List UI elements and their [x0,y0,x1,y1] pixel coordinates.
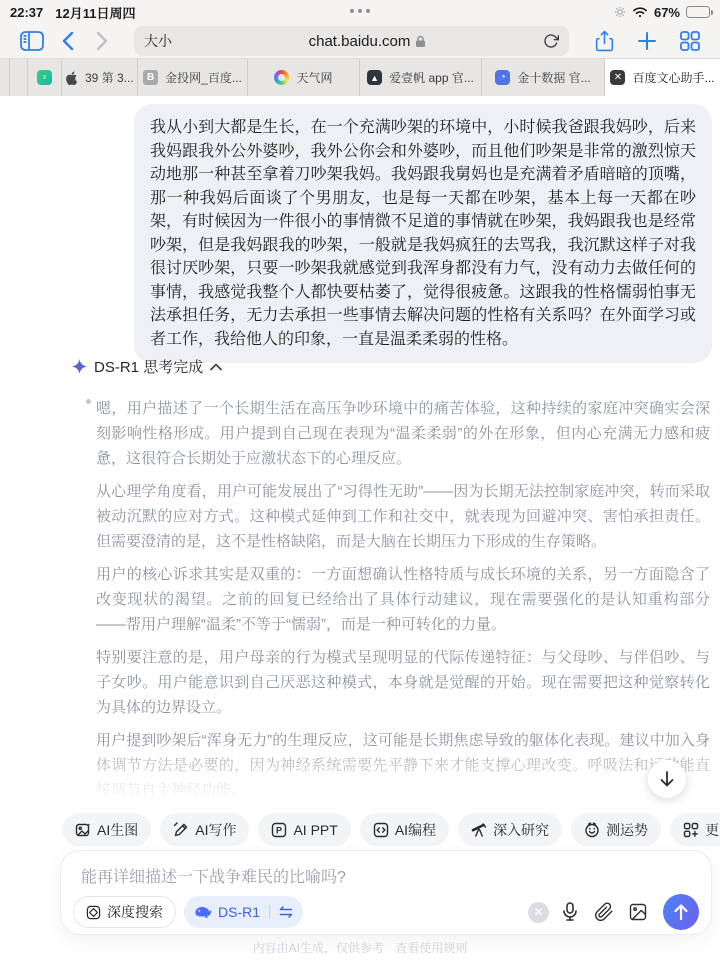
grid-plus-icon [683,822,699,838]
deep-search-icon [86,905,101,920]
tab-apple[interactable]: 39 第 3... [62,59,138,96]
tab-stub[interactable] [0,59,10,96]
ppt-icon: P [271,822,287,838]
deep-search-label: 深度搜索 [107,902,163,922]
ai-disclaimer: 内容由AI生成，仅供参考 查看使用规则 [0,939,720,956]
dark-square-icon: ✕ [610,70,625,85]
forward-button[interactable] [96,31,108,51]
clock: 22:37 [10,5,43,20]
chip-deep-research[interactable]: 深入研究 [458,813,562,846]
user-message-text: 我从小到大都是生长，在一个充满吵架的环境中，小时候我爸跟我妈吵，后来我妈跟我外公… [150,119,696,348]
thinking-toggle[interactable]: DS-R1 思考完成 [72,356,222,377]
thinking-content: 嗯，用户描述了一个长期生活在高压争吵环境中的痛苦体验，这种持续的家庭冲突确实会深… [96,396,710,806]
pen-icon [173,822,189,838]
switch-model-icon[interactable] [279,906,293,918]
chip-label: 测运势 [606,820,648,840]
wifi-icon [632,6,648,18]
chip-label: AI编程 [395,820,436,840]
disclaimer-text: 内容由AI生成，仅供参考 [253,941,384,955]
back-button[interactable] [62,31,74,51]
upload-image-button[interactable] [625,899,651,925]
chip-fortune[interactable]: 测运势 [571,813,661,846]
model-name: DS-R1 [94,359,139,376]
share-button[interactable] [595,30,614,52]
thinking-paragraph: 嗯，用户描述了一个长期生活在高压争吵环境中的痛苦体验，这种持续的家庭冲突确实会深… [96,396,710,471]
page-settings-button[interactable]: 大小 [144,31,200,51]
chip-more[interactable]: 更多 [670,813,720,846]
clear-input-button[interactable]: ✕ [528,902,549,923]
thinking-status: 思考完成 [143,359,203,376]
tab-stub[interactable] [10,59,28,96]
chip-ai-ppt[interactable]: P AI PPT [258,813,350,846]
deep-search-button[interactable]: 深度搜索 [73,896,176,928]
tab-title: 39 第 3... [85,69,133,86]
thinking-paragraph: 用户提到吵架后“浑身无力”的生理反应，这可能是长期焦虑导致的躯体化表现。建议中加… [96,728,710,803]
chip-label: 更多 [705,820,720,840]
status-bar: 22:37 12月11日周四 67% [0,0,720,24]
lock-icon [415,35,426,48]
user-message-bubble: 我从小到大都是生长，在一个充满吵架的环境中，小时候我爸跟我妈吵，后来我妈跟我外公… [134,104,712,363]
battery-percent: 67% [654,5,680,20]
message-composer: 能再详细描述一下战争难民的比喻吗? 深度搜索 DS-R1 [60,850,712,935]
brightness-icon [614,6,626,18]
thinking-paragraph: 从心理学角度看，用户可能发展出了“习得性无助”——因为长期无法控制家庭冲突，转而… [96,479,710,554]
chip-label: AI生图 [97,820,138,840]
quick-action-chips: AI生图 AI写作 P AI PPT AI编程 深入研究 [62,813,712,846]
chip-label: AI PPT [293,822,337,838]
thinking-bullet-dot [86,399,91,404]
divider [269,905,270,919]
microphone-button[interactable] [557,899,583,925]
chevron-up-icon [210,363,222,371]
tab-title: 金十数据 官... [517,69,590,86]
whale-icon [194,905,212,919]
tab-title: 金投网_百度... [165,69,242,86]
model-label: DS-R1 [218,904,260,920]
dark-app-icon: ▲ [367,70,382,85]
chip-ai-writing[interactable]: AI写作 [160,813,249,846]
tab-pinned-green[interactable]: ≡ [28,59,62,96]
browser-toolbar: 大小 chat.baidu.com [0,24,720,58]
new-tab-button[interactable] [638,32,656,50]
image-sparkle-icon [75,822,91,838]
tab-title: 百度文心助手... [632,69,714,86]
telescope-icon [471,822,487,838]
tab-bar: ≡ 39 第 3... B 金投网_百度... 天气网 ▲ 爱壹帆 app 官.… [0,58,720,96]
date: 12月11日周四 [55,3,135,22]
tab-title: 爱壹帆 app 官... [389,69,474,86]
blue-app-icon: ◔ [495,70,510,85]
rainbow-swirl-icon [274,70,289,85]
green-app-icon: ≡ [37,70,52,85]
tab-aiyifan[interactable]: ▲ 爱壹帆 app 官... [360,59,482,96]
chip-label: 深入研究 [493,820,549,840]
chip-ai-coding[interactable]: AI编程 [360,813,449,846]
reload-button[interactable] [535,33,559,49]
sparkle-icon [72,359,87,374]
attachment-button[interactable] [591,899,617,925]
send-button[interactable] [663,894,699,930]
thinking-paragraph: 用户的核心诉求其实是双重的：一方面想确认性格特质与成长环境的关系，另一方面隐含了… [96,562,710,637]
url-text: chat.baidu.com [309,33,411,50]
tab-title: 天气网 [296,69,332,86]
chip-ai-image[interactable]: AI生图 [62,813,151,846]
scroll-to-bottom-button[interactable] [648,760,686,798]
multitask-dots-icon [350,9,370,13]
battery-icon [686,6,710,18]
svg-text:P: P [276,825,282,835]
tab-overview-button[interactable] [680,31,700,51]
chip-label: AI写作 [195,820,236,840]
tab-jinshi[interactable]: ◔ 金十数据 官... [482,59,605,96]
tab-baidu-wenxin-active[interactable]: ✕ 百度文心助手... [605,59,720,96]
composer-input[interactable]: 能再详细描述一下战争难民的比喻吗? [61,851,711,889]
apple-icon [66,71,78,85]
sidebar-toggle-button[interactable] [20,31,44,51]
model-selector[interactable]: DS-R1 [184,896,303,928]
letter-b-icon: B [143,70,158,85]
fortune-clock-icon [584,822,600,838]
usage-rules-link[interactable]: 查看使用规则 [395,941,467,955]
tab-jintouwang[interactable]: B 金投网_百度... [138,59,248,96]
tab-tianqiwang[interactable]: 天气网 [248,59,360,96]
address-bar[interactable]: 大小 chat.baidu.com [134,26,569,56]
thinking-paragraph: 特别要注意的是，用户母亲的行为模式呈现明显的代际传递特征：与父母吵、与伴侣吵、与… [96,645,710,720]
code-icon [373,822,389,838]
